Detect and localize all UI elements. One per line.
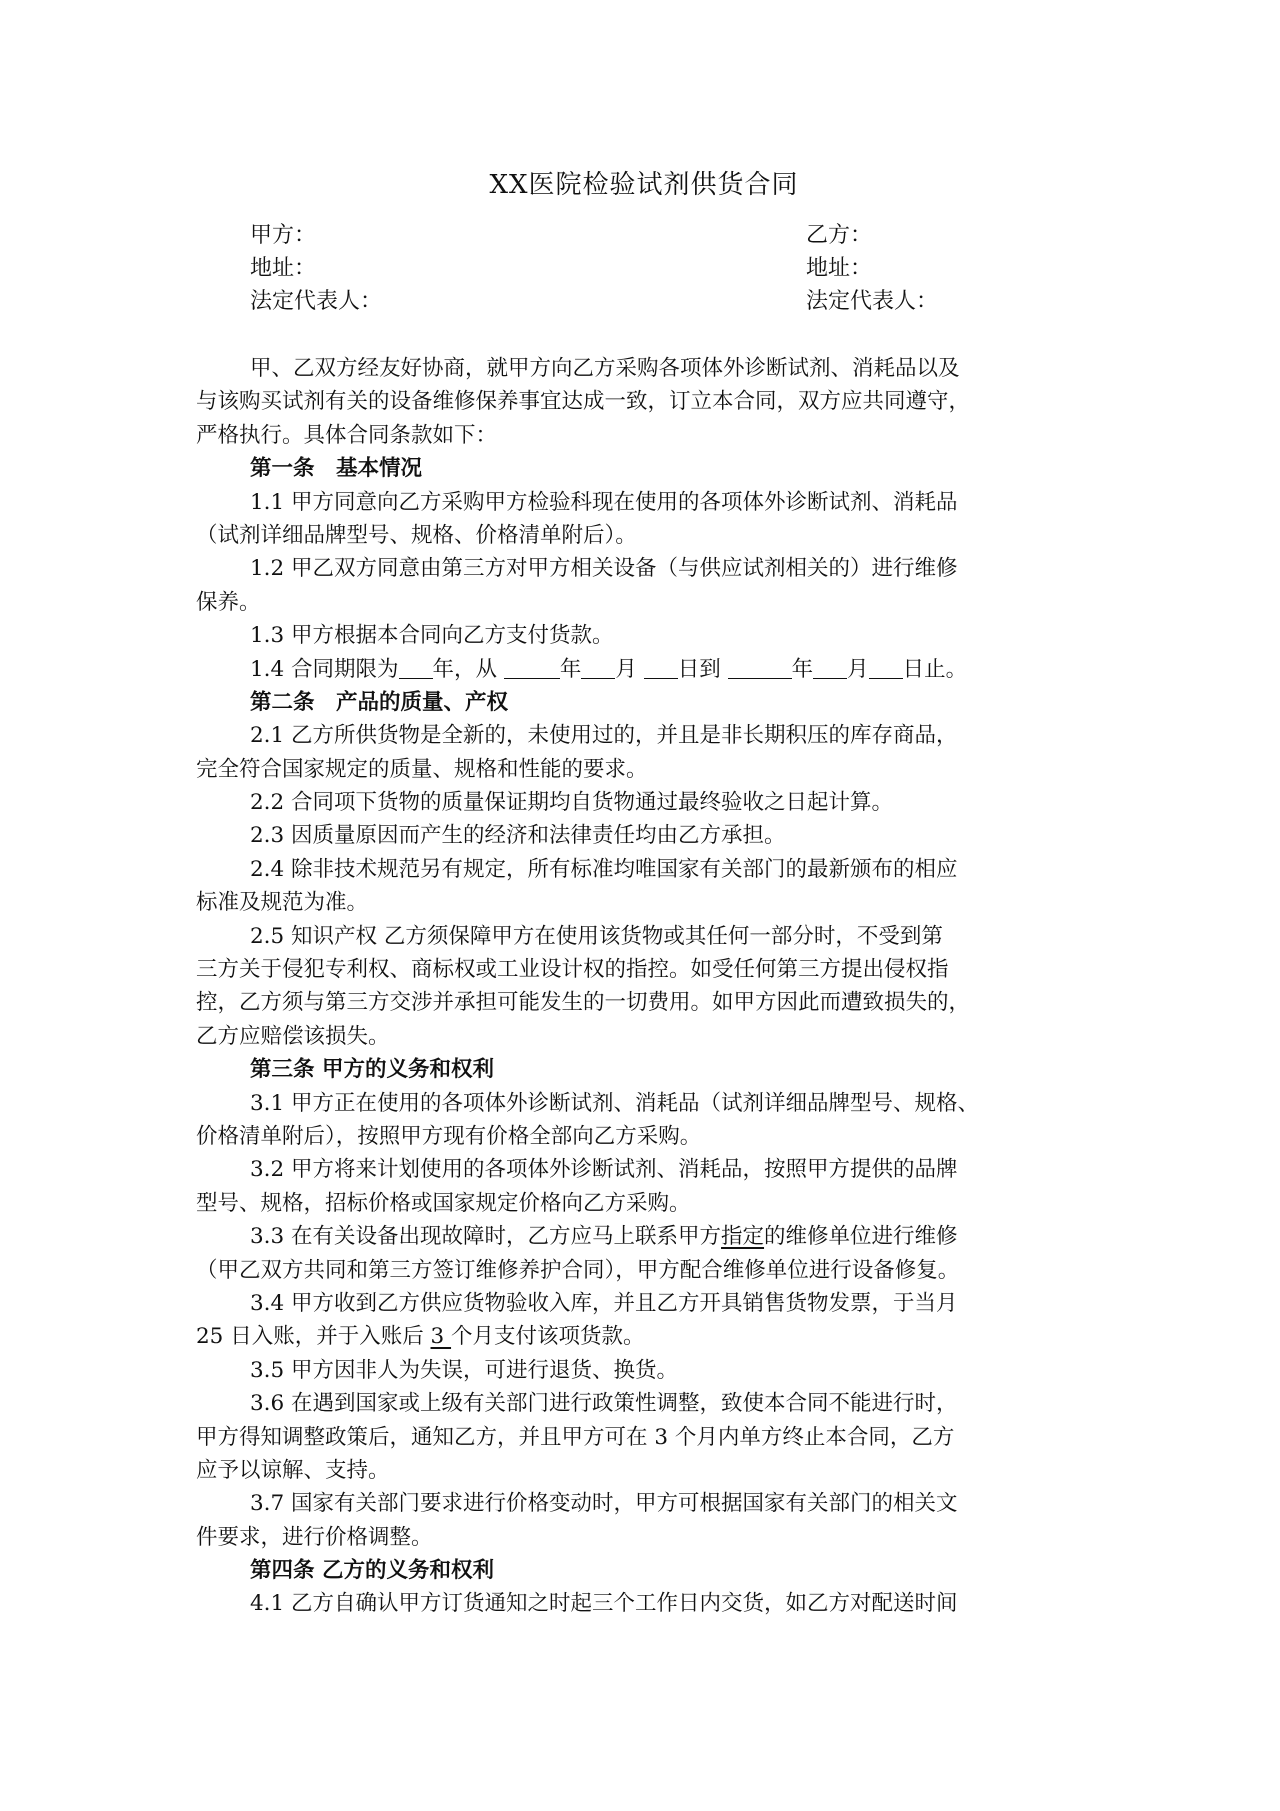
contract-body: 甲、乙双方经友好协商，就甲方向乙方采购各项体外诊断试剂、消耗品以及 与该购买试剂… xyxy=(196,352,1092,1621)
party-a-legal-rep-label: 法定代表人： xyxy=(250,286,382,319)
underlined-months: 3 xyxy=(431,1324,452,1349)
clause-3-4-text: 25 日入账，并于入账后 xyxy=(196,1324,431,1349)
clause-3-2-cont: 型号、规格，招标价格或国家规定价格向乙方采购。 xyxy=(196,1187,1092,1220)
clause-1-4-text: 年，从 xyxy=(433,657,504,682)
start-year-blank[interactable] xyxy=(504,656,560,679)
clause-2-3: 2.3 因质量原因而产生的经济和法律责任均由乙方承担。 xyxy=(196,819,1092,852)
article-2-heading: 第二条 产品的质量、产权 xyxy=(196,686,1092,719)
preamble-line: 与该购买试剂有关的设备维修保养事宜达成一致，订立本合同，双方应共同遵守， xyxy=(196,385,1092,418)
start-day-blank[interactable] xyxy=(644,656,678,679)
clause-1-2-cont: 保养。 xyxy=(196,586,1092,619)
clause-3-3-cont: （甲乙双方共同和第三方签订维修养护合同），甲方配合维修单位进行设备修复。 xyxy=(196,1254,1092,1287)
end-year-blank[interactable] xyxy=(728,656,792,679)
party-a-name-label: 甲方： xyxy=(250,220,382,253)
clause-1-4-text: 月 xyxy=(615,657,643,682)
clause-1-4: 1.4 合同期限为年，从 年月 日到 年月日止。 xyxy=(196,653,1092,686)
clause-2-5: 2.5 知识产权 乙方须保障甲方在使用该货物或其任何一部分时，不受到第 xyxy=(196,920,1092,953)
clause-1-1-cont: （试剂详细品牌型号、规格、价格清单附后）。 xyxy=(196,519,1092,552)
clause-3-2: 3.2 甲方将来计划使用的各项体外诊断试剂、消耗品，按照甲方提供的品牌 xyxy=(196,1153,1092,1186)
clause-3-4: 3.4 甲方收到乙方供应货物验收入库，并且乙方开具销售货物发票，于当月 xyxy=(196,1287,1092,1320)
clause-3-3-text: 3.3 在有关设备出现故障时，乙方应马上联系甲方 xyxy=(250,1224,721,1249)
clause-2-4-cont: 标准及规范为准。 xyxy=(196,886,1092,919)
clause-3-5: 3.5 甲方因非人为失误，可进行退货、换货。 xyxy=(196,1354,1092,1387)
clause-2-5-cont: 乙方应赔偿该损失。 xyxy=(196,1020,1092,1053)
clause-1-4-text: 日到 xyxy=(678,657,728,682)
clause-1-1: 1.1 甲方同意向乙方采购甲方检验科现在使用的各项体外诊断试剂、消耗品 xyxy=(196,486,1092,519)
party-a-block: 甲方： 地址： 法定代表人： xyxy=(250,220,382,319)
party-b-block: 乙方： 地址： 法定代表人： xyxy=(806,220,938,319)
article-1-heading: 第一条 基本情况 xyxy=(196,452,1092,485)
clause-3-6: 3.6 在遇到国家或上级有关部门进行政策性调整，致使本合同不能进行时， xyxy=(196,1387,1092,1420)
clause-1-4-text: 月 xyxy=(847,657,869,682)
clause-1-4-text: 年 xyxy=(560,657,582,682)
clause-2-1: 2.1 乙方所供货物是全新的，未使用过的，并且是非长期积压的库存商品， xyxy=(196,719,1092,752)
clause-1-3: 1.3 甲方根据本合同向乙方支付货款。 xyxy=(196,619,1092,652)
clause-2-5-cont: 三方关于侵犯专利权、商标权或工业设计权的指控。如受任何第三方提出侵权指 xyxy=(196,953,1092,986)
clause-4-1: 4.1 乙方自确认甲方订货通知之时起三个工作日内交货，如乙方对配送时间 xyxy=(196,1587,1092,1620)
clause-2-2: 2.2 合同项下货物的质量保证期均自货物通过最终验收之日起计算。 xyxy=(196,786,1092,819)
party-b-name-label: 乙方： xyxy=(806,220,938,253)
clause-3-6-cont: 应予以谅解、支持。 xyxy=(196,1454,1092,1487)
clause-2-4: 2.4 除非技术规范另有规定，所有标准均唯国家有关部门的最新颁布的相应 xyxy=(196,853,1092,886)
clause-1-4-text: 1.4 合同期限为 xyxy=(250,657,399,682)
clause-3-4-cont: 25 日入账，并于入账后 3 个月支付该项货款。 xyxy=(196,1320,1092,1353)
start-month-blank[interactable] xyxy=(581,656,615,679)
end-month-blank[interactable] xyxy=(813,656,847,679)
clause-1-4-text: 日止。 xyxy=(903,657,968,682)
party-a-address-label: 地址： xyxy=(250,253,382,286)
term-years-blank[interactable] xyxy=(399,656,433,679)
underlined-designated: 指定 xyxy=(721,1224,764,1249)
clause-3-4-text: 个月支付该项货款。 xyxy=(451,1324,645,1349)
clause-3-1-cont: 价格清单附后），按照甲方现有价格全部向乙方采购。 xyxy=(196,1120,1092,1153)
party-b-legal-rep-label: 法定代表人： xyxy=(806,286,938,319)
end-day-blank[interactable] xyxy=(869,656,903,679)
clause-3-7-cont: 件要求，进行价格调整。 xyxy=(196,1521,1092,1554)
clause-1-2: 1.2 甲乙双方同意由第三方对甲方相关设备（与供应试剂相关的）进行维修 xyxy=(196,552,1092,585)
article-3-heading: 第三条 甲方的义务和权利 xyxy=(196,1053,1092,1086)
clause-3-1: 3.1 甲方正在使用的各项体外诊断试剂、消耗品（试剂详细品牌型号、规格、 xyxy=(196,1087,1092,1120)
clause-3-6-cont: 甲方得知调整政策后，通知乙方，并且甲方可在 3 个月内单方终止本合同，乙方 xyxy=(196,1421,1092,1454)
clause-3-7: 3.7 国家有关部门要求进行价格变动时，甲方可根据国家有关部门的相关文 xyxy=(196,1487,1092,1520)
article-4-heading: 第四条 乙方的义务和权利 xyxy=(196,1554,1092,1587)
preamble-line: 甲、乙双方经友好协商，就甲方向乙方采购各项体外诊断试剂、消耗品以及 xyxy=(196,352,1092,385)
clause-1-4-text: 年 xyxy=(792,657,814,682)
clause-3-3: 3.3 在有关设备出现故障时，乙方应马上联系甲方指定的维修单位进行维修 xyxy=(196,1220,1092,1253)
clause-2-5-cont: 控，乙方须与第三方交涉并承担可能发生的一切费用。如甲方因此而遭致损失的， xyxy=(196,986,1092,1019)
document-title: XX医院检验试剂供货合同 xyxy=(196,168,1092,202)
party-b-address-label: 地址： xyxy=(806,253,938,286)
preamble-line: 严格执行。具体合同条款如下： xyxy=(196,419,1092,452)
clause-3-3-text: 的维修单位进行维修 xyxy=(764,1224,958,1249)
clause-2-1-cont: 完全符合国家规定的质量、规格和性能的要求。 xyxy=(196,753,1092,786)
